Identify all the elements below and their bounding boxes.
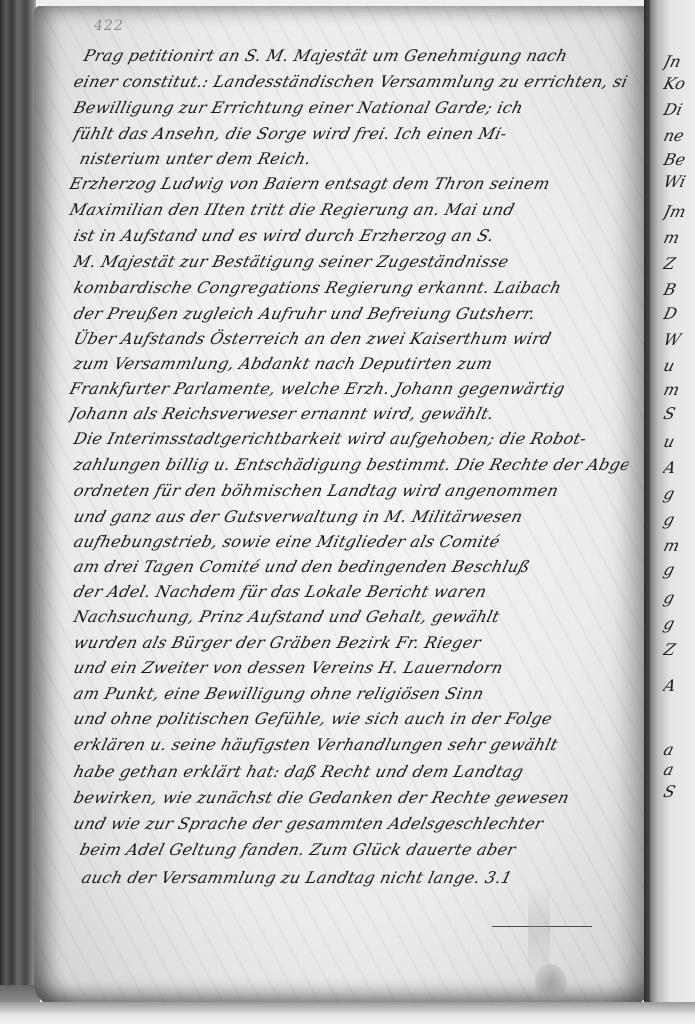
adjacent-text-fragment: B	[662, 280, 695, 299]
adjacent-text-fragment: Jm	[662, 202, 695, 221]
text-line: Die Interimsstadtgerichtbarkeit wird auf…	[72, 429, 631, 449]
text-line: Bewilligung zur Errichtung einer Nationa…	[72, 98, 631, 118]
adjacent-text-fragment: Wi	[662, 172, 695, 191]
adjacent-text-fragment: Di	[662, 100, 695, 119]
adjacent-text-fragment: Be	[662, 150, 695, 169]
text-line: aufhebungstrieb, sowie eine Mitglieder a…	[72, 532, 631, 552]
adjacent-text-fragment: g	[662, 484, 695, 503]
adjacent-text-fragment: m	[662, 536, 695, 555]
adjacent-text-fragment: S	[662, 404, 695, 423]
adjacent-text-fragment: Ko	[662, 74, 695, 93]
text-line: bewirken, wie zunächst die Gedanken der …	[72, 788, 631, 808]
adjacent-text-fragment: A	[662, 676, 695, 695]
text-line: erklären u. seine häufigsten Verhandlung…	[72, 735, 631, 755]
adjacent-text-fragment: a	[662, 760, 695, 779]
adjacent-text-fragment: g	[662, 588, 695, 607]
manuscript-page: 422 Prag petitionirt an S. M. Majestät u…	[34, 6, 648, 1006]
text-line: beim Adel Geltung fanden. Zum Glück daue…	[78, 840, 631, 860]
book-binding-spine	[0, 0, 36, 1000]
adjacent-text-fragment: S	[662, 782, 695, 801]
text-line: am Punkt, eine Bewilligung ohne religiös…	[72, 684, 631, 704]
adjacent-text-fragment: g	[662, 560, 695, 579]
scanned-manuscript: 422 Prag petitionirt an S. M. Majestät u…	[0, 0, 695, 1024]
text-line: Frankfurter Parlamente, welche Erzh. Joh…	[68, 379, 631, 399]
adjacent-text-fragment: Z	[662, 640, 695, 659]
text-line: M. Majestät zur Bestätigung seiner Zuges…	[72, 252, 631, 272]
text-line: am drei Tagen Comité und den bedingenden…	[72, 557, 631, 577]
text-line: Maximilian den IIten tritt die Regierung…	[68, 200, 631, 220]
text-line: habe gethan erklärt hat: daß Recht und d…	[72, 762, 631, 782]
text-line: und ohne politischen Gefühle, wie sich a…	[72, 709, 631, 729]
adjacent-text-fragment: a	[662, 740, 695, 759]
adjacent-text-fragment: W	[662, 330, 695, 349]
adjacent-text-fragment: u	[662, 432, 695, 451]
adjacent-text-fragment: m	[662, 380, 695, 399]
text-line: ist in Aufstand und es wird durch Erzher…	[72, 226, 631, 246]
text-line: der Preußen zugleich Aufruhr und Befreiu…	[72, 304, 631, 324]
text-line: zahlungen billig u. Entschädigung bestim…	[72, 455, 631, 475]
adjacent-text-fragment: Z	[662, 254, 695, 273]
text-line: auch der Versammlung zu Landtag nicht la…	[80, 868, 631, 888]
water-stain	[535, 964, 567, 1000]
text-line: Über Aufstands Österreich an den zwei Ka…	[72, 329, 631, 349]
text-line: zum Versammlung, Abdankt nach Deputirten…	[72, 354, 631, 374]
text-line: und ein Zweiter von dessen Vereins H. La…	[72, 658, 631, 678]
page-bottom-edge	[0, 1002, 695, 1024]
text-line: Nachsuchung, Prinz Aufstand und Gehalt, …	[72, 607, 631, 627]
adjacent-text-fragment: Jn	[662, 52, 695, 71]
adjacent-text-fragment: A	[662, 458, 695, 477]
adjacent-text-fragment: m	[662, 228, 695, 247]
text-line: und wie zur Sprache der gesammten Adelsg…	[72, 814, 631, 834]
text-line: nisterium unter dem Reich.	[78, 149, 631, 169]
adjacent-text-fragment: g	[662, 614, 695, 633]
text-line: Prag petitionirt an S. M. Majestät um Ge…	[82, 46, 631, 66]
text-line: der Adel. Nachdem für das Lokale Bericht…	[72, 582, 631, 602]
text-line: Johann als Reichsverweser ernannt wird, …	[68, 404, 631, 424]
adjacent-text-fragment: g	[662, 510, 695, 529]
water-stain-streak	[528, 886, 550, 976]
text-line: kombardische Congregations Regierung erk…	[72, 278, 631, 298]
adjacent-text-fragment: ne	[662, 126, 695, 145]
text-line: ordneten für den böhmischen Landtag wird…	[72, 481, 631, 501]
adjacent-text-fragment: u	[662, 356, 695, 375]
text-line: einer constitut.: Landesständischen Vers…	[72, 72, 631, 92]
text-line: Erzherzog Ludwig von Baiern entsagt dem …	[68, 174, 631, 194]
text-line: wurden als Bürger der Gräben Bezirk Fr. …	[72, 633, 631, 653]
adjacent-text-fragment: D	[662, 304, 695, 323]
handwritten-text-block: Prag petitionirt an S. M. Majestät um Ge…	[34, 6, 648, 1006]
text-line: und ganz aus der Gutsverwaltung in M. Mi…	[72, 507, 631, 527]
text-line: fühlt das Ansehn, die Sorge wird frei. I…	[72, 124, 631, 144]
